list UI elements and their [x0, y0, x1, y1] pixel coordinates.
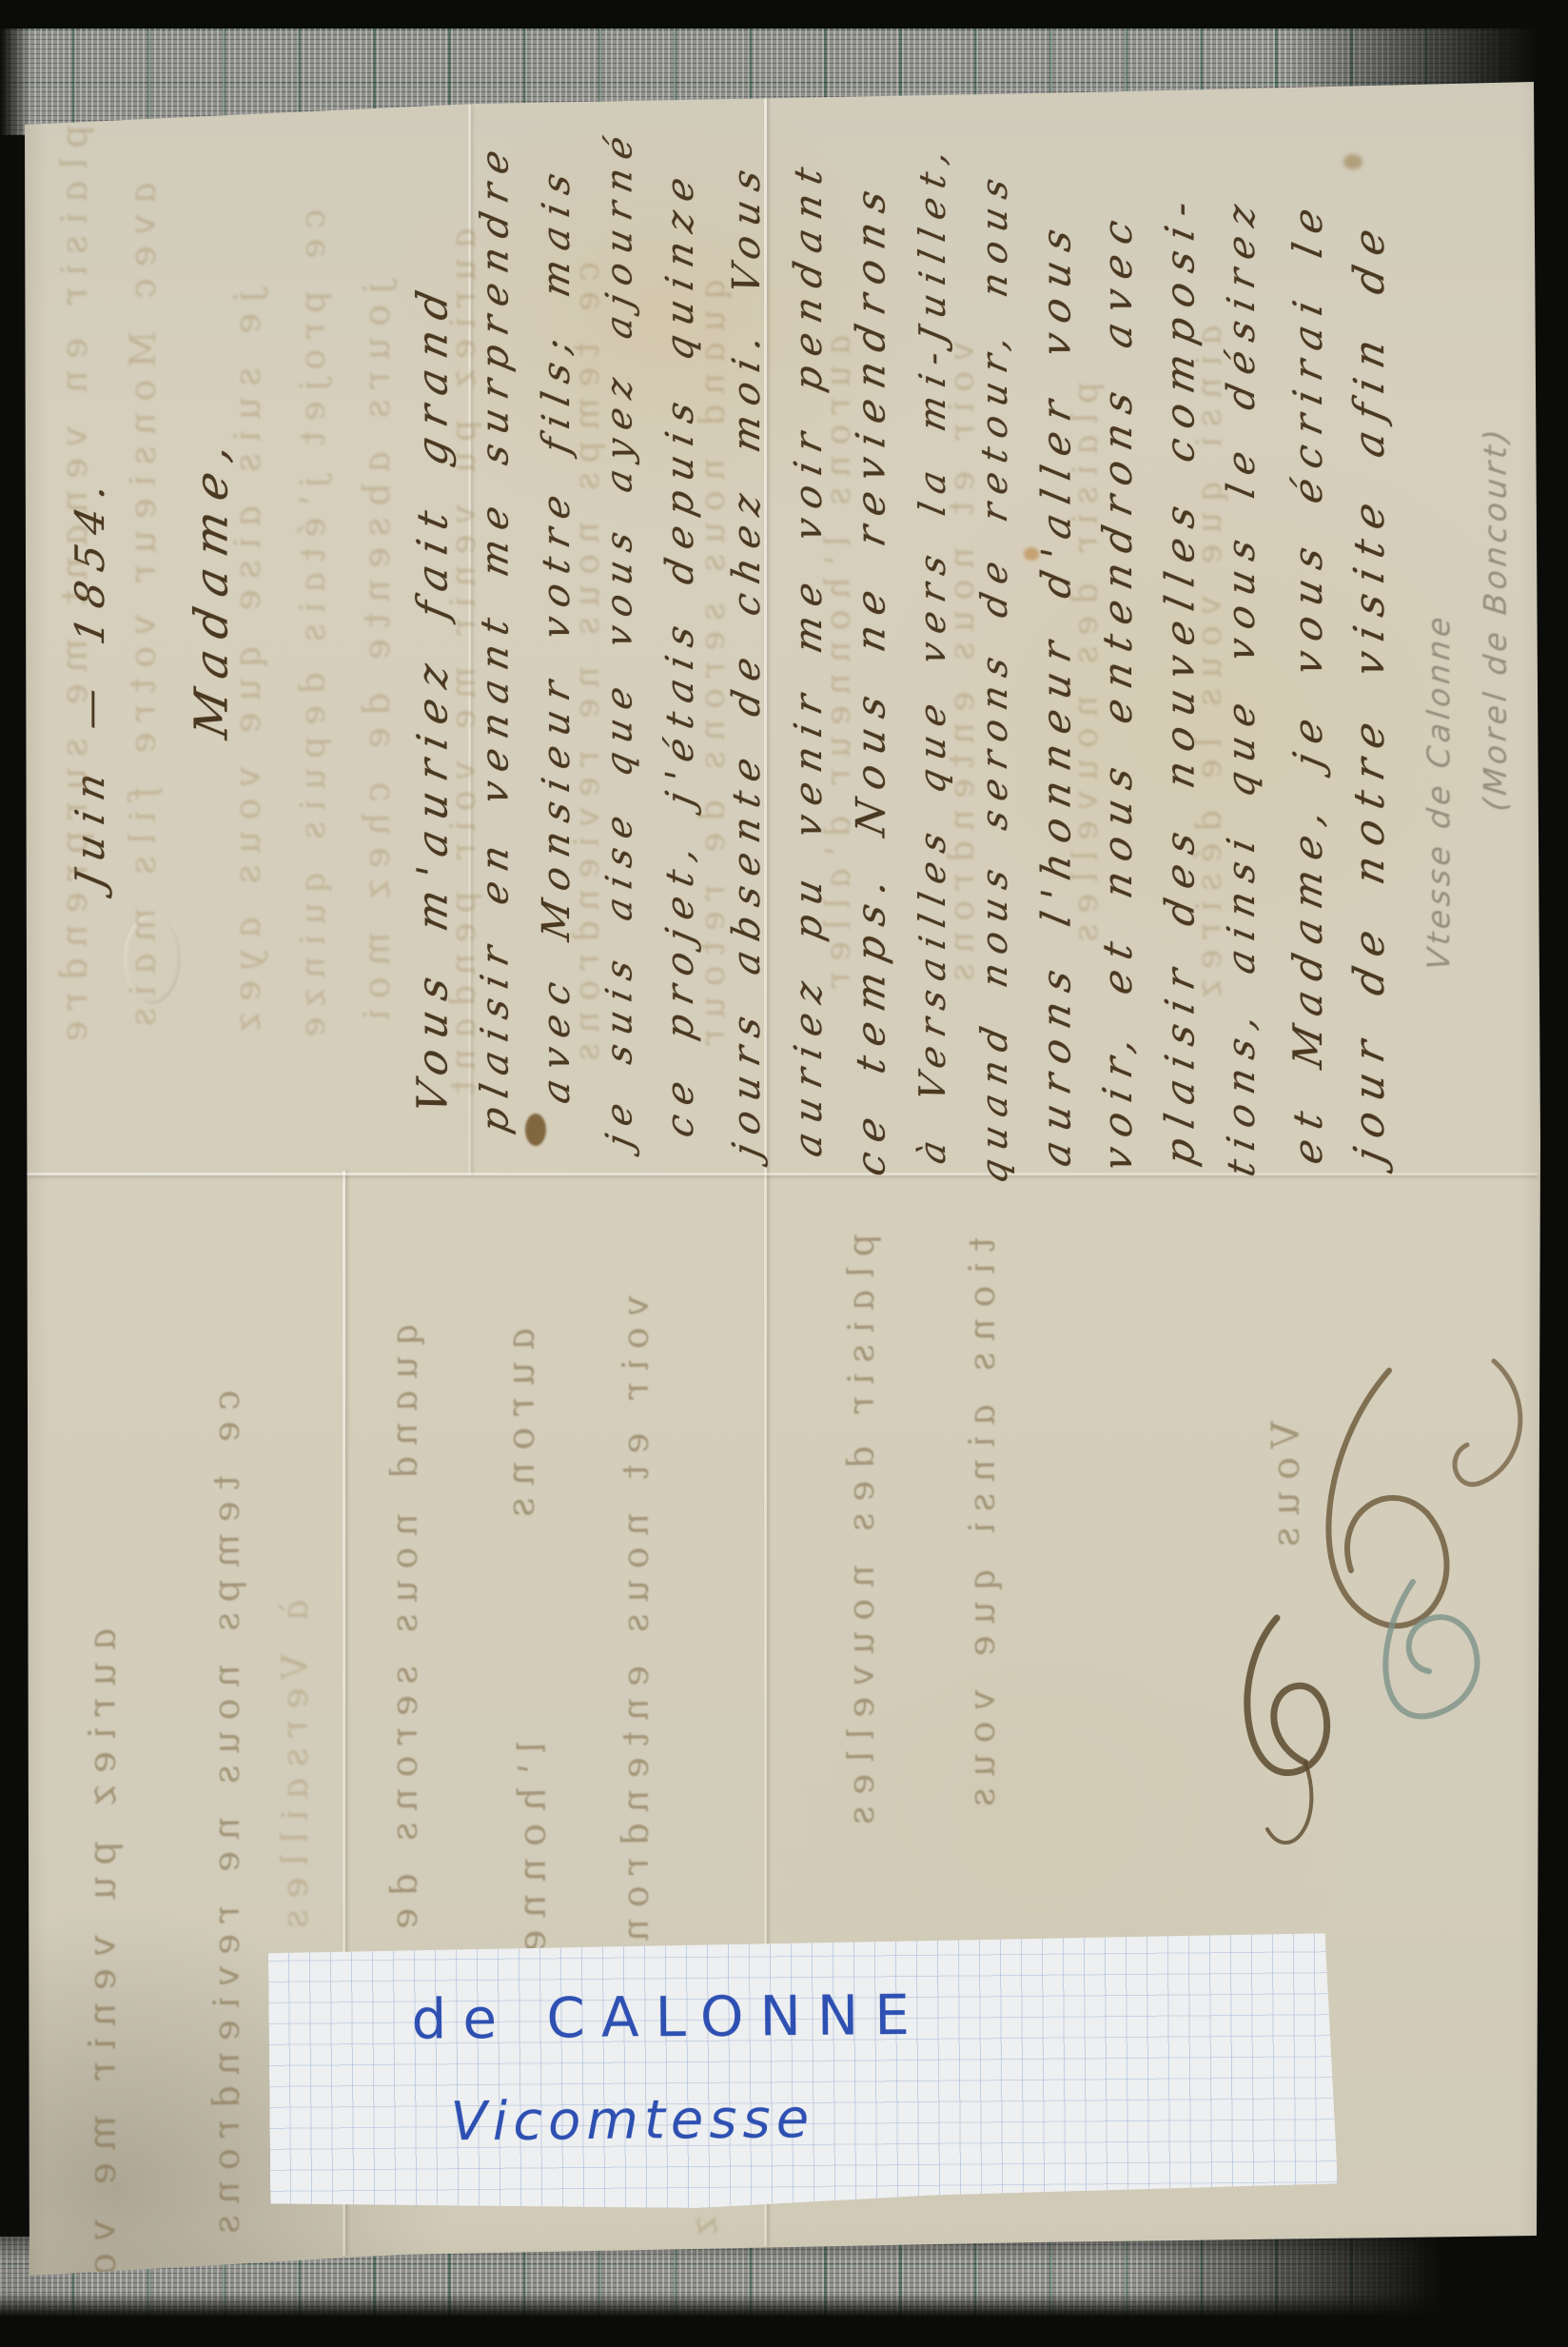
signature-flourish	[1189, 1332, 1568, 1865]
label-title: Vicomtesse	[450, 2088, 814, 2153]
manuscript-line: auriez pu venir me voir pendant	[780, 137, 837, 1177]
manuscript-line: quand nous serons de retour	[685, 205, 742, 1129]
letter-sheet: Juin — 1854.Madame,Vous m'auriez fait gr…	[0, 0, 1568, 2347]
manuscript-line: plaisir en venant me surprendre	[46, 119, 103, 872]
foxing-spot	[1024, 547, 1039, 561]
manuscript-line: jours absente de chez moi	[348, 195, 405, 1119]
manuscript-line: quand nous serons de retour	[376, 1309, 433, 2157]
label-name: de CALONNE	[411, 1982, 926, 2052]
manuscript-line: à Versailles que vers la mi-Juillet,	[904, 113, 961, 1192]
manuscript-line: ce temps nous ne reviendrons	[198, 1385, 255, 2233]
manuscript-line: quand nous serons de retour, nous	[966, 156, 1023, 1196]
manuscript-line: plaisir des nouvelles composi-	[1151, 146, 1208, 1210]
manuscript-line: tions ainsi que vous	[953, 1233, 1010, 1738]
manuscript-line: et Madame, je vous écrirai le	[1280, 137, 1337, 1225]
fold-crease-vertical	[468, 105, 471, 1175]
manuscript-line: ainsi que vous le désirez	[1182, 214, 1239, 1119]
manuscript-line: ce temps nous ne reviendrons	[559, 195, 617, 1138]
manuscript-line: avec Monsieur votre fils mais	[114, 162, 171, 1057]
manuscript-line: aurons	[493, 1299, 550, 1557]
embossed-stamp	[124, 914, 181, 1004]
manuscript-line: jours absente de chez moi. Vous	[718, 170, 775, 1163]
manuscript-line: à Versailles que vers	[266, 1594, 323, 2004]
fold-crease-horizontal	[27, 1173, 1538, 1175]
manuscript-line: je suis aise que vous ayez ajourné	[590, 127, 647, 1153]
manuscript-line: jour de notre visite afin de	[1342, 147, 1399, 1234]
manuscript-line: Madame,	[183, 517, 240, 743]
manuscript-line: plaisir des nouvelles	[833, 1228, 890, 1686]
manuscript-line: voir et nous entendrons	[934, 214, 991, 1119]
manuscript-line: Vous	[1258, 1404, 1315, 1576]
manuscript-line: avec Monsieur votre fils; mais	[528, 128, 585, 1139]
manuscript-line: tions, ainsi que vous le désirez	[1213, 156, 1270, 1215]
manuscript-line: plaisir en venant me surprendre	[466, 141, 523, 1138]
manuscript-line: l'honneur	[504, 1737, 561, 2033]
manuscript-line: aurons l'honneur d'aller	[811, 214, 868, 1119]
fold-crease-vertical	[343, 1171, 345, 2256]
manuscript-line: voir, et nous entendrons avec	[1089, 175, 1147, 1206]
manuscript-line: Vous m'auriez fait grand	[404, 260, 461, 1134]
photo-background: Juin — 1854.Madame,Vous m'auriez fait gr…	[0, 0, 1568, 2347]
manuscript-line: je suis aise que vous ayez	[219, 205, 276, 1129]
manuscript-line: voir et nous entendrons avec	[607, 1256, 664, 2171]
manuscript-line: aurons l'honneur d'aller vous	[1028, 184, 1085, 1200]
manuscript-line: ce projet j'étais depuis quinze	[285, 157, 343, 1100]
manuscript-line: ce temps. Nous ne reviendrons	[842, 174, 899, 1181]
manuscript-line: ce projet, j'étais depuis quinze	[652, 151, 709, 1154]
manuscript-line: auriez pu venir me voir pendant	[436, 190, 493, 1143]
pencil-annotation: Vtesse de Calonne	[1410, 586, 1467, 996]
archivist-label: de CALONNE Vicomtesse	[268, 1933, 1338, 2212]
manuscript-line: Juin — 1854.	[62, 456, 119, 906]
foxing-spot	[1343, 154, 1362, 169]
manuscript-line: plaisir des nouvelles	[1058, 224, 1115, 1110]
pencil-annotation: (Morel de Boncourt)	[1467, 406, 1524, 831]
ink-stain	[525, 1114, 546, 1146]
manuscript-line: auriez pu venir me voir	[74, 1623, 131, 2223]
fold-crease-vertical	[764, 95, 767, 2246]
manuscript-line: désirez	[676, 1994, 733, 2290]
